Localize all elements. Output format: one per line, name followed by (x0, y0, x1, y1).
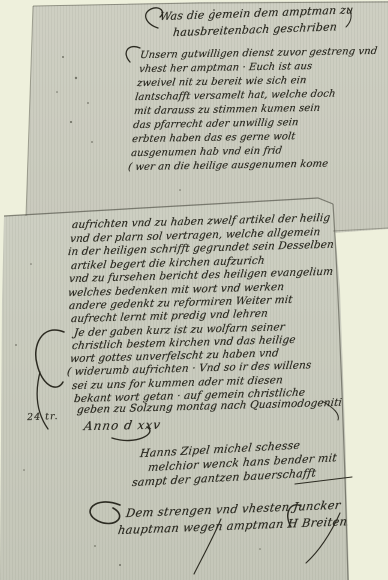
manuscript-line: Unsern gutwilligen dienst zuvor gestreng… (139, 46, 378, 61)
manuscript-line: erbten haben das es gerne wolt (131, 131, 296, 145)
manuscript-line: ( wer an die heilige ausgenumen kome (127, 158, 328, 173)
margin-note: 24 tr. (27, 411, 59, 423)
manuscript-line: hausbreitenbach geschriben (172, 20, 337, 39)
manuscript-line: das pfarrecht ader unwillig sein (132, 117, 299, 131)
manuscript-line: ausgenumen hab vnd ein frid (130, 145, 282, 159)
anno-line: Anno d xxv (83, 418, 162, 433)
manuscript-line: lantschafft versamelt hat, welche doch (134, 88, 336, 103)
manuscript-line: vhest her amptman · Euch ist aus (138, 61, 312, 75)
manuscript-line: zweivel nit zu bereit wie sich ein (136, 75, 307, 89)
manuscript-line: mit darauss zu stimmen kumen sein (133, 103, 320, 117)
manuscript-photo: 1 . Was die gemein dem amptman zu hausbr… (0, 0, 388, 580)
